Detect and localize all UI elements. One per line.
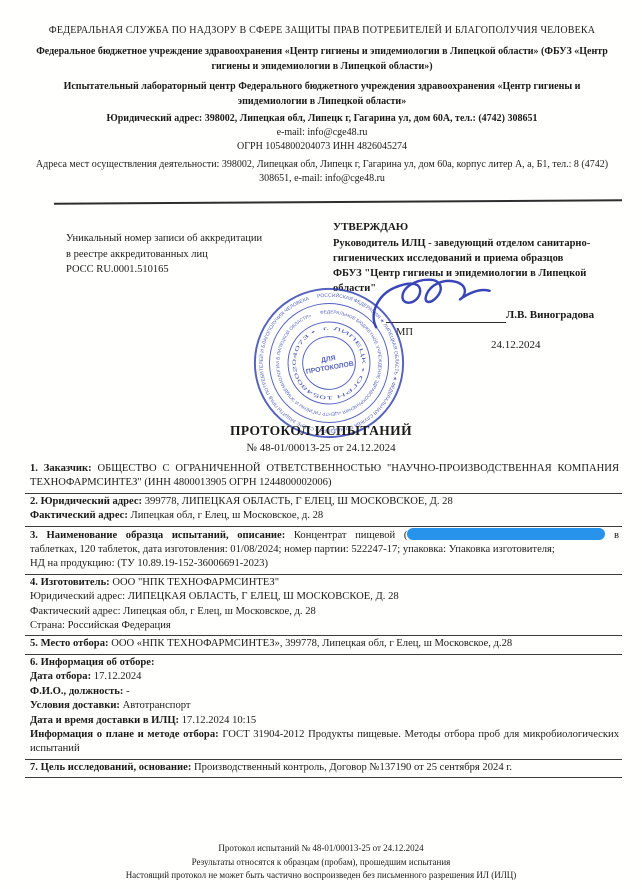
manufacturer-actual-label: Фактический адрес: — [30, 606, 121, 617]
document-number: № 48-01/00013-25 от 24.12.2024 — [0, 442, 642, 454]
stamp-center-text-1: ДЛЯ — [321, 355, 337, 364]
header-divider — [54, 199, 622, 204]
footer-protocol-number: Протокол испытаний № 48-01/00013-25 от 2… — [0, 842, 642, 856]
svg-text:г. ЛИПЕЦК • ОГРН 1054800204073: г. ЛИПЕЦК • ОГРН 1054800204073 • — [286, 321, 372, 407]
round-stamp: РОССИЙСКАЯ ФЕДЕРАЦИЯ ★ ЛИПЕЦКАЯ ОБЛАСТЬ … — [251, 285, 407, 441]
manufacturer-legal-row: Юридический адрес: ЛИПЕЦКАЯ ОБЛАСТЬ, Г Е… — [30, 590, 619, 604]
sampling-place-value: ООО «НПК ТЕХНОФАРМСИНТЕЗ», 399778, Липец… — [111, 638, 512, 649]
purpose-value: Производственный контроль, Договор №1371… — [194, 762, 512, 773]
document-title-block: ПРОТОКОЛ ИСПЫТАНИЙ № 48-01/00013-25 от 2… — [0, 423, 642, 454]
section-customer: 1. Заказчик: ОБЩЕСТВО С ОГРАНИЧЕННОЙ ОТВ… — [25, 461, 622, 494]
legal-address: Юридический адрес: 398002, Липецкая обл,… — [30, 112, 614, 126]
sampling-place-row: 5. Место отбора: ООО «НПК ТЕХНОФАРМСИНТЕ… — [30, 637, 619, 651]
manufacturer-label: 4. Изготовитель: — [30, 577, 110, 588]
stamp-inner-ring-text: г. ЛИПЕЦК • ОГРН 1054800204073 • — [286, 321, 372, 407]
sampling-place-label: 5. Место отбора: — [30, 638, 109, 649]
sampling-date-label: Дата отбора: — [30, 671, 91, 682]
country-label: Страна: — [30, 620, 65, 631]
sampling-method-row: Информация о плане и методе отбора: ГОСТ… — [30, 728, 619, 757]
footer-results-note: Результаты относятся к образцам (пробам)… — [0, 856, 642, 870]
section-legal-address: 2. Юридический адрес: 399778, ЛИПЕЦКАЯ О… — [25, 494, 622, 527]
testing-center-name: Испытательный лабораторный центр Федерал… — [30, 79, 614, 109]
email-line: e-mail: info@cge48.ru — [30, 126, 614, 140]
letterhead: ФЕДЕРАЛЬНАЯ СЛУЖБА ПО НАДЗОРУ В СФЕРЕ ЗА… — [30, 24, 614, 187]
section-sample: 3. Наименование образца испытаний, описа… — [25, 527, 622, 575]
legal-address-label: 2. Юридический адрес: — [30, 496, 142, 507]
manufacturer-value: ООО "НПК ТЕХНОФАРМСИНТЕЗ" — [112, 577, 279, 588]
nd-label: НД на продукцию: — [30, 558, 115, 569]
accreditation-number: РОСС RU.0001.510165 — [66, 262, 316, 278]
manufacturer-actual-value: Липецкая обл, г Елец, ш Московское, д. 2… — [123, 606, 316, 617]
document-title: ПРОТОКОЛ ИСПЫТАНИЙ — [0, 423, 642, 439]
approve-word: УТВЕРЖДАЮ — [333, 220, 593, 235]
delivery-datetime-row: Дата и время доставки в ИЛЦ: 17.12.2024 … — [30, 714, 619, 728]
accreditation-line-1: Уникальный номер записи об аккредитации — [66, 231, 316, 247]
manufacturer-row: 4. Изготовитель: ООО "НПК ТЕХНОФАРМСИНТЕ… — [30, 576, 619, 590]
legal-address-value: 399778, ЛИПЕЦКАЯ ОБЛАСТЬ, Г ЕЛЕЦ, Ш МОСК… — [145, 496, 453, 507]
purpose-row: 7. Цель исследований, основание: Произво… — [30, 761, 619, 775]
manufacturer-legal-label: Юридический адрес: — [30, 591, 125, 602]
protocol-document-page: ФЕДЕРАЛЬНАЯ СЛУЖБА ПО НАДЗОРУ В СФЕРЕ ЗА… — [0, 0, 642, 889]
legal-address-row: 2. Юридический адрес: 399778, ЛИПЕЦКАЯ О… — [30, 495, 619, 509]
sampling-date-row: Дата отбора: 17.12.2024 — [30, 670, 619, 684]
institution-name: Федеральное бюджетное учреждение здравоо… — [30, 44, 614, 74]
actual-address-label: Фактический адрес: — [30, 510, 128, 521]
section-customer-row: 1. Заказчик: ОБЩЕСТВО С ОГРАНИЧЕННОЙ ОТВ… — [30, 462, 619, 491]
fio-row: Ф.И.О., должность: - — [30, 685, 619, 699]
delivery-conditions-label: Условия доставки: — [30, 700, 120, 711]
delivery-conditions-row: Условия доставки: Автотранспорт — [30, 699, 619, 713]
ogrn-inn-line: ОГРН 1054800204073 ИНН 4826045274 — [30, 140, 614, 154]
delivery-conditions-value: Автотранспорт — [123, 700, 191, 711]
sampling-info-label: 6. Информация об отборе: — [30, 657, 155, 668]
sampling-method-label: Информация о плане и методе отбора: — [30, 729, 219, 740]
section-manufacturer: 4. Изготовитель: ООО "НПК ТЕХНОФАРМСИНТЕ… — [25, 575, 622, 637]
actual-address-value: Липецкая обл, г Елец, ш Московское, д. 2… — [131, 510, 324, 521]
delivery-datetime-value: 17.12.2024 10:15 — [182, 715, 256, 726]
sample-value-prefix: Концентрат пищевой ( — [294, 530, 408, 541]
page-footer: Протокол испытаний № 48-01/00013-25 от 2… — [0, 842, 642, 883]
actual-address-row: Фактический адрес: Липецкая обл, г Елец,… — [30, 509, 619, 523]
activity-addresses: Адреса мест осуществления деятельности: … — [30, 158, 614, 187]
manufacturer-actual-row: Фактический адрес: Липецкая обл, г Елец,… — [30, 605, 619, 619]
nd-value: (ТУ 10.89.19-152-36006691-2023) — [117, 558, 268, 569]
section-customer-value: ОБЩЕСТВО С ОГРАНИЧЕННОЙ ОТВЕТСТВЕННОСТЬЮ… — [30, 463, 619, 488]
section-purpose: 7. Цель исследований, основание: Произво… — [25, 760, 622, 778]
purpose-label: 7. Цель исследований, основание: — [30, 762, 191, 773]
sampling-info-heading: 6. Информация об отборе: — [30, 656, 619, 670]
section-sampling-place: 5. Место отбора: ООО «НПК ТЕХНОФАРМСИНТЕ… — [25, 636, 622, 654]
country-row: Страна: Российская Федерация — [30, 619, 619, 633]
manufacturer-legal-value: ЛИПЕЦКАЯ ОБЛАСТЬ, Г ЕЛЕЦ, Ш МОСКОВСКОЕ, … — [128, 591, 399, 602]
country-value: Российская Федерация — [68, 620, 171, 631]
accreditation-line-2: в реестре аккредитованных лиц — [66, 247, 316, 263]
sample-label: 3. Наименование образца испытаний, описа… — [30, 530, 285, 541]
nd-row: НД на продукцию: (ТУ 10.89.19-152-360066… — [30, 557, 619, 571]
section-sampling-info: 6. Информация об отборе: Дата отбора: 17… — [25, 655, 622, 760]
footer-reproduction-note: Настоящий протокол не может быть частичн… — [0, 869, 642, 883]
approver-name: Л.В. Виноградова — [506, 309, 594, 321]
redaction-bar — [407, 528, 605, 540]
section-customer-label: 1. Заказчик: — [30, 463, 92, 474]
sample-description-row: 3. Наименование образца испытаний, описа… — [30, 528, 619, 558]
federal-service-name: ФЕДЕРАЛЬНАЯ СЛУЖБА ПО НАДЗОРУ В СФЕРЕ ЗА… — [30, 24, 614, 39]
accreditation-block: Уникальный номер записи об аккредитации … — [66, 231, 316, 278]
sampling-date-value: 17.12.2024 — [94, 671, 142, 682]
protocol-sections: 1. Заказчик: ОБЩЕСТВО С ОГРАНИЧЕННОЙ ОТВ… — [25, 461, 622, 778]
fio-label: Ф.И.О., должность: — [30, 686, 123, 697]
approval-date: 24.12.2024 — [491, 339, 541, 351]
fio-value: - — [126, 686, 130, 697]
delivery-datetime-label: Дата и время доставки в ИЛЦ: — [30, 715, 179, 726]
